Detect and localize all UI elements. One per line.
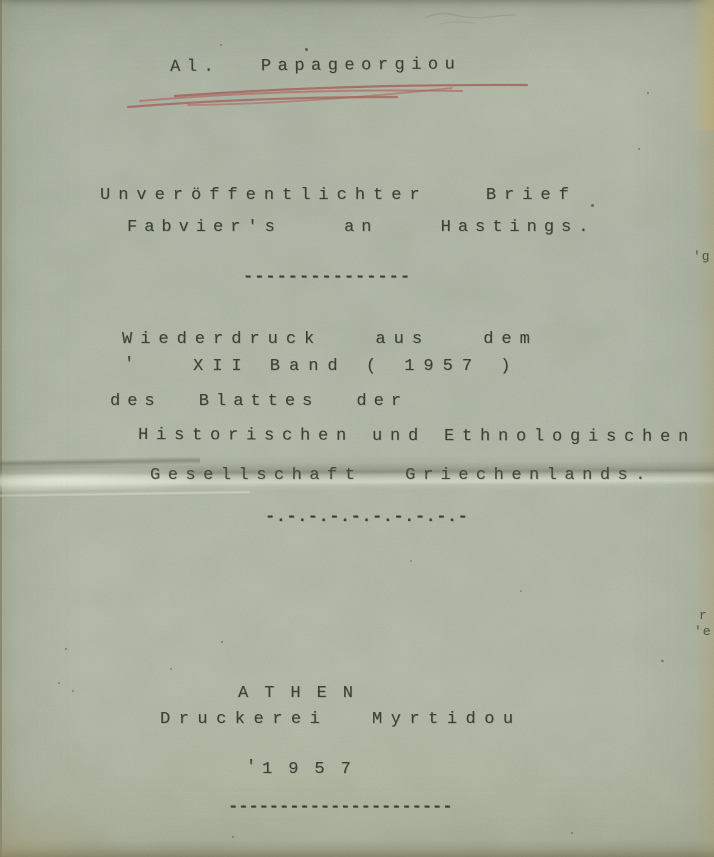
imprint-line-3: des Blattes der bbox=[110, 392, 408, 412]
ink-speck bbox=[410, 560, 412, 562]
paper-edge-top-shadow bbox=[0, 0, 714, 9]
ink-speck bbox=[520, 590, 522, 592]
title-line-1: Unveröffentlichter Brief bbox=[100, 186, 577, 206]
ink-speck bbox=[232, 836, 234, 838]
paper-corner-top-right-stain bbox=[688, 0, 714, 130]
paper-edge-left-line bbox=[0, 0, 2, 857]
imprint-line-1: Wiederdruck aus dem bbox=[122, 330, 538, 350]
place-name: ATHEN bbox=[238, 684, 369, 704]
bleedthrough-mark-lower-b: 'e bbox=[694, 624, 712, 639]
ink-speck bbox=[72, 690, 74, 692]
ink-speck bbox=[305, 48, 308, 51]
year-apostrophe: ' bbox=[246, 758, 256, 778]
ink-speck bbox=[65, 648, 67, 650]
ink-speck bbox=[591, 204, 594, 207]
imprint-line-4: Historischen und Ethnologischen bbox=[138, 426, 696, 448]
imprint-line-2: XII Band ( 1957 ) bbox=[193, 357, 519, 377]
year: 1957 bbox=[262, 760, 367, 780]
title-line-2: Fabvier's an Hastings. bbox=[127, 218, 595, 238]
separator-bottom: ---------------------- bbox=[228, 798, 452, 818]
ink-speck bbox=[170, 668, 172, 670]
bleedthrough-mark-upper: 'g bbox=[693, 249, 711, 264]
scanned-page: Al. Papageorgiou Unveröffentlichter Brie… bbox=[0, 0, 714, 857]
author-name: Al. Papageorgiou bbox=[170, 55, 461, 78]
ink-speck bbox=[58, 682, 60, 684]
ghost-impression bbox=[0, 0, 714, 60]
ink-speck bbox=[661, 659, 665, 662]
ink-speck bbox=[220, 44, 222, 46]
bleedthrough-mark-lower-a: r bbox=[699, 608, 708, 623]
imprint-line-5: Gesellschaft Griechenlands. bbox=[150, 466, 653, 486]
separator-dash-dot: -.-.-.-.-.-.-.-.-.- bbox=[265, 508, 468, 528]
separator-dashed: --------------- bbox=[243, 268, 411, 288]
ink-speck bbox=[571, 832, 573, 834]
imprint-apostrophe: ' bbox=[124, 355, 134, 375]
ink-speck bbox=[638, 148, 640, 150]
printer-name: Druckerei Myrtidou bbox=[160, 710, 522, 730]
paper-corner-bottom-left-stain bbox=[0, 797, 130, 857]
ink-speck bbox=[221, 641, 223, 643]
paper-edge-left-shadow bbox=[0, 0, 16, 857]
ink-speck bbox=[647, 92, 649, 94]
